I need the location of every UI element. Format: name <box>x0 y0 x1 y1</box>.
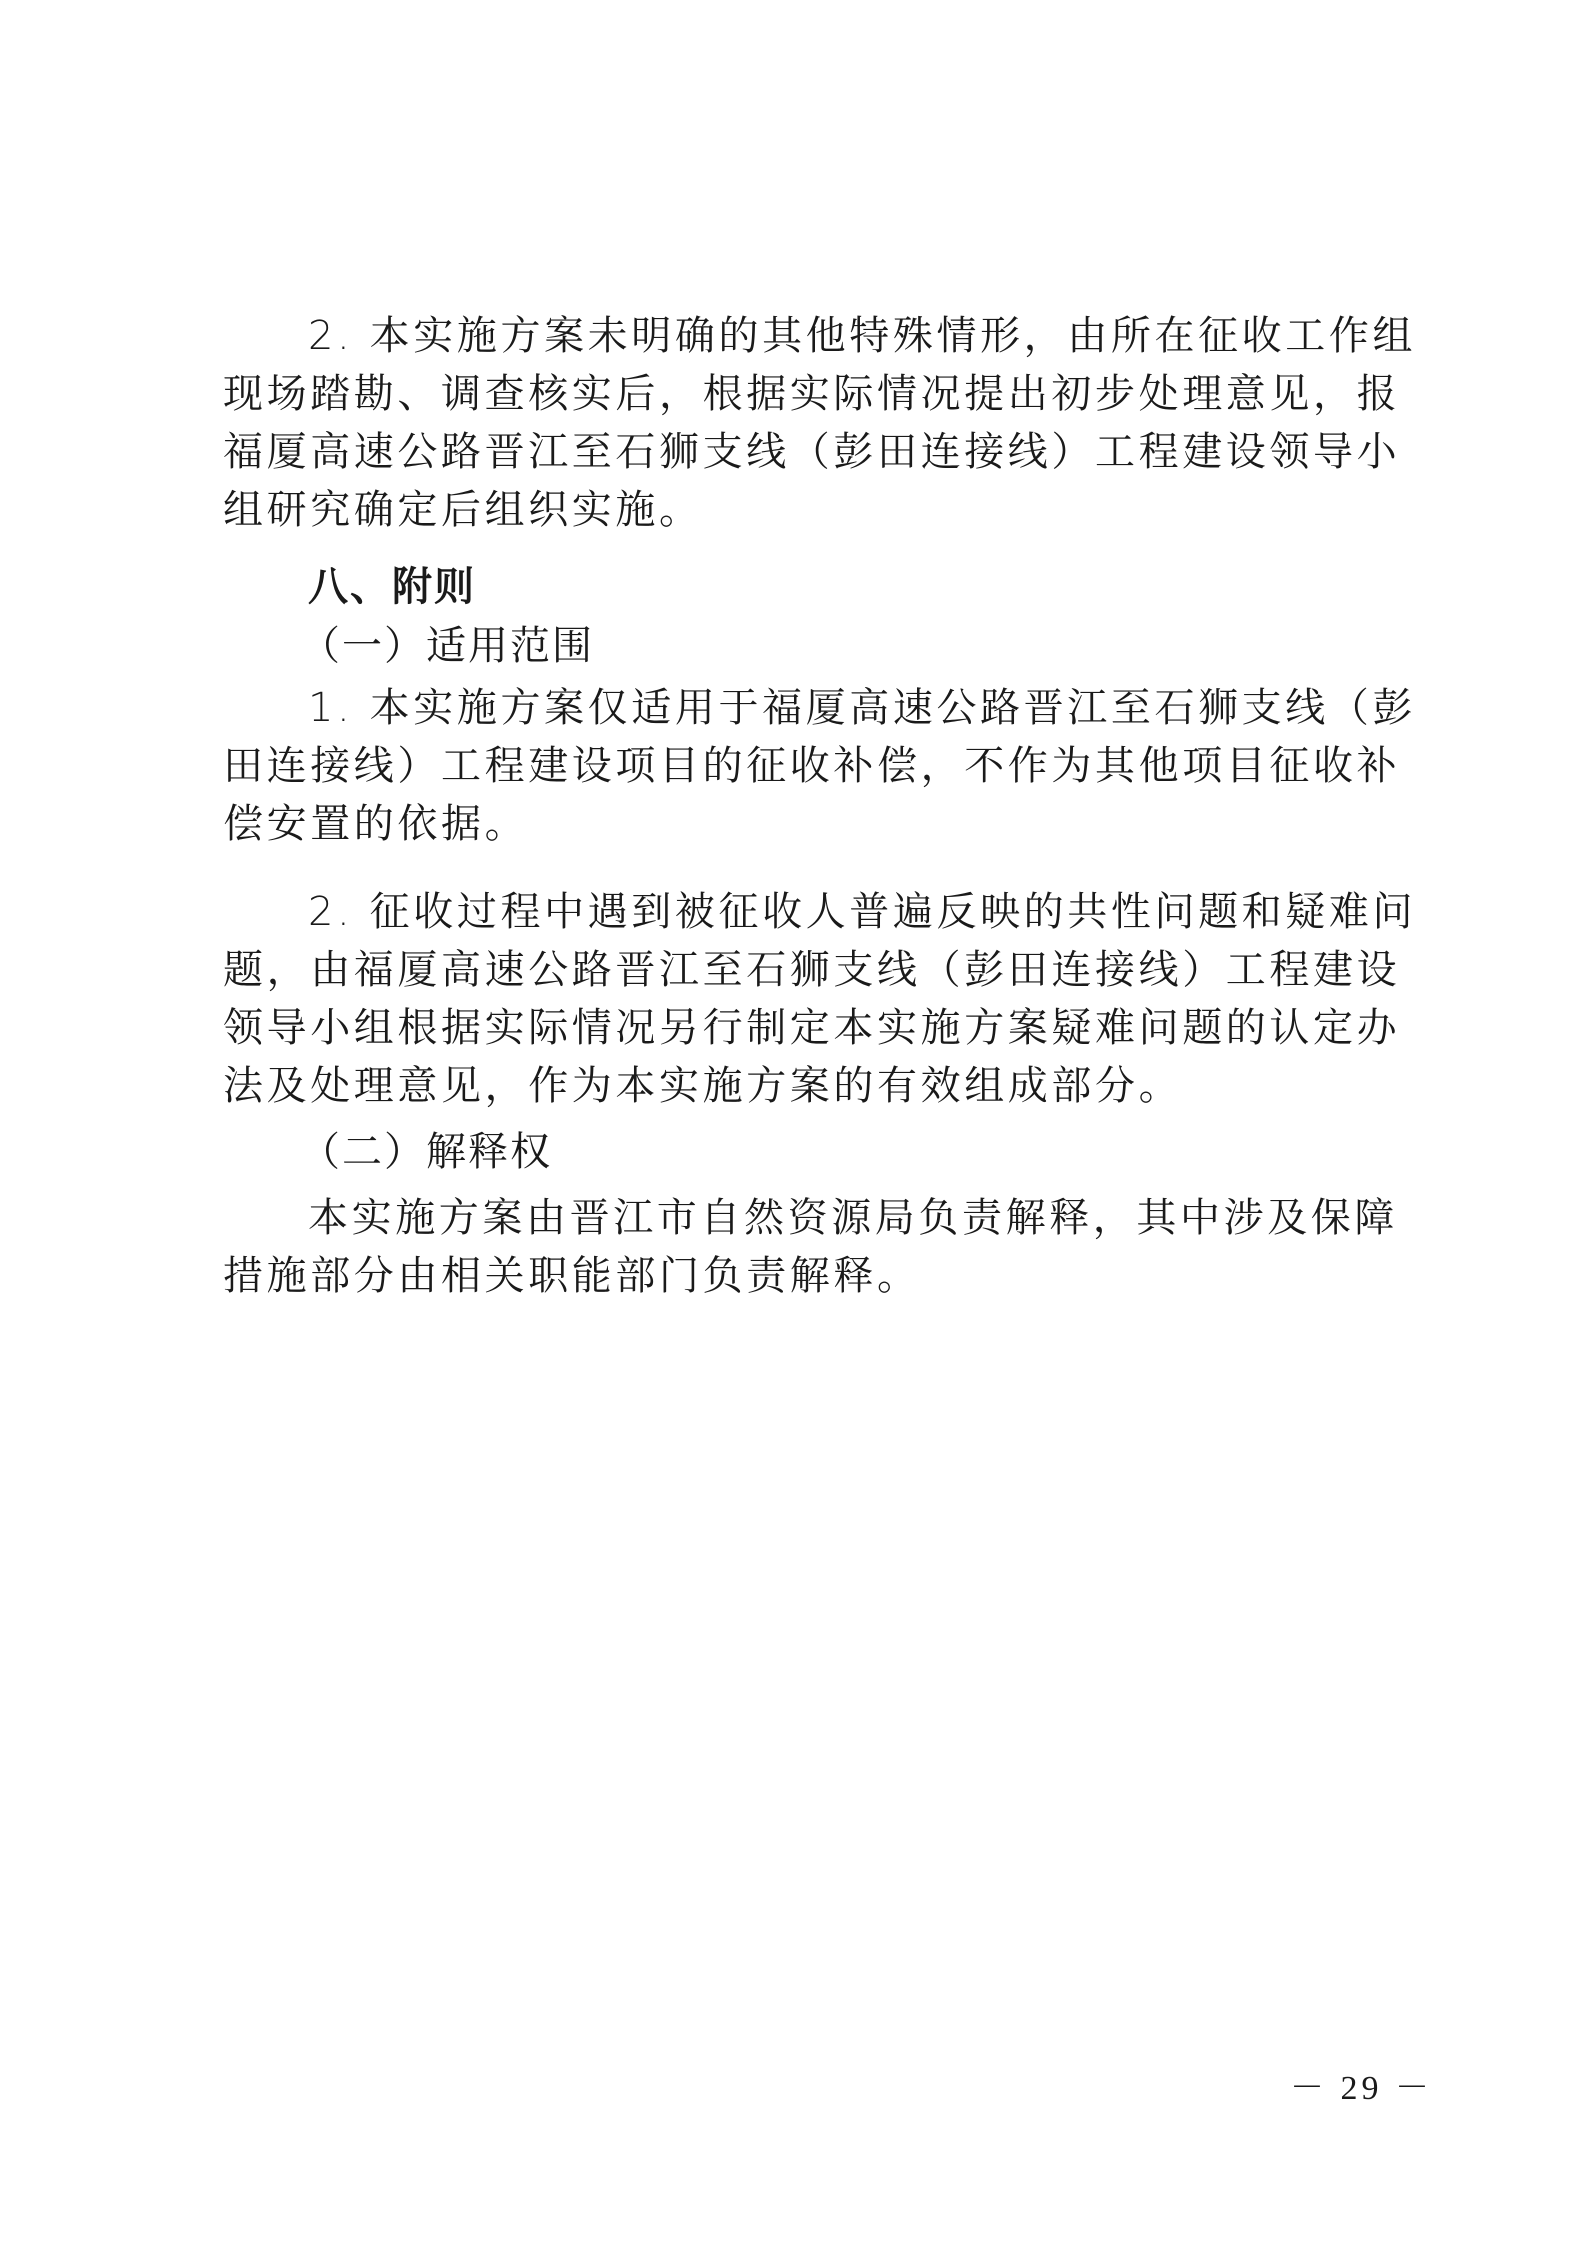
section-heading: 八、附则 <box>308 563 1478 611</box>
paragraph-line: 法及处理意见，作为本实施方案的有效组成部分。 <box>223 1062 1393 1110</box>
subsection-heading: （二）解释权 <box>300 1128 1470 1176</box>
paragraph-line: 福厦高速公路晋江至石狮支线（彭田连接线）工程建设领导小 <box>223 428 1393 476</box>
paragraph-line: 题，由福厦高速公路晋江至石狮支线（彭田连接线）工程建设 <box>223 946 1393 994</box>
document-page: 2. 本实施方案未明确的其他特殊情形，由所在征收工作组 现场踏勘、调查核实后，根… <box>0 0 1587 2245</box>
paragraph-line: 本实施方案由晋江市自然资源局负责解释，其中涉及保障 <box>308 1194 1478 1242</box>
paragraph-line: 2. 征收过程中遇到被征收人普遍反映的共性问题和疑难问 <box>308 888 1478 936</box>
paragraph-line: 1. 本实施方案仅适用于福厦高速公路晋江至石狮支线（彭 <box>308 684 1478 732</box>
paragraph-line: 现场踏勘、调查核实后，根据实际情况提出初步处理意见，报 <box>223 370 1393 418</box>
paragraph-line: 组研究确定后组织实施。 <box>223 486 1393 534</box>
subsection-heading: （一）适用范围 <box>300 622 1470 670</box>
paragraph-line: 偿安置的依据。 <box>223 800 1393 848</box>
paragraph-line: 田连接线）工程建设项目的征收补偿，不作为其他项目征收补 <box>223 742 1393 790</box>
paragraph-line: 2. 本实施方案未明确的其他特殊情形，由所在征收工作组 <box>308 312 1478 360</box>
paragraph-line: 措施部分由相关职能部门负责解释。 <box>223 1252 1393 1300</box>
page-number: － 29 － <box>1290 2060 1433 2109</box>
paragraph-line: 领导小组根据实际情况另行制定本实施方案疑难问题的认定办 <box>223 1004 1393 1052</box>
